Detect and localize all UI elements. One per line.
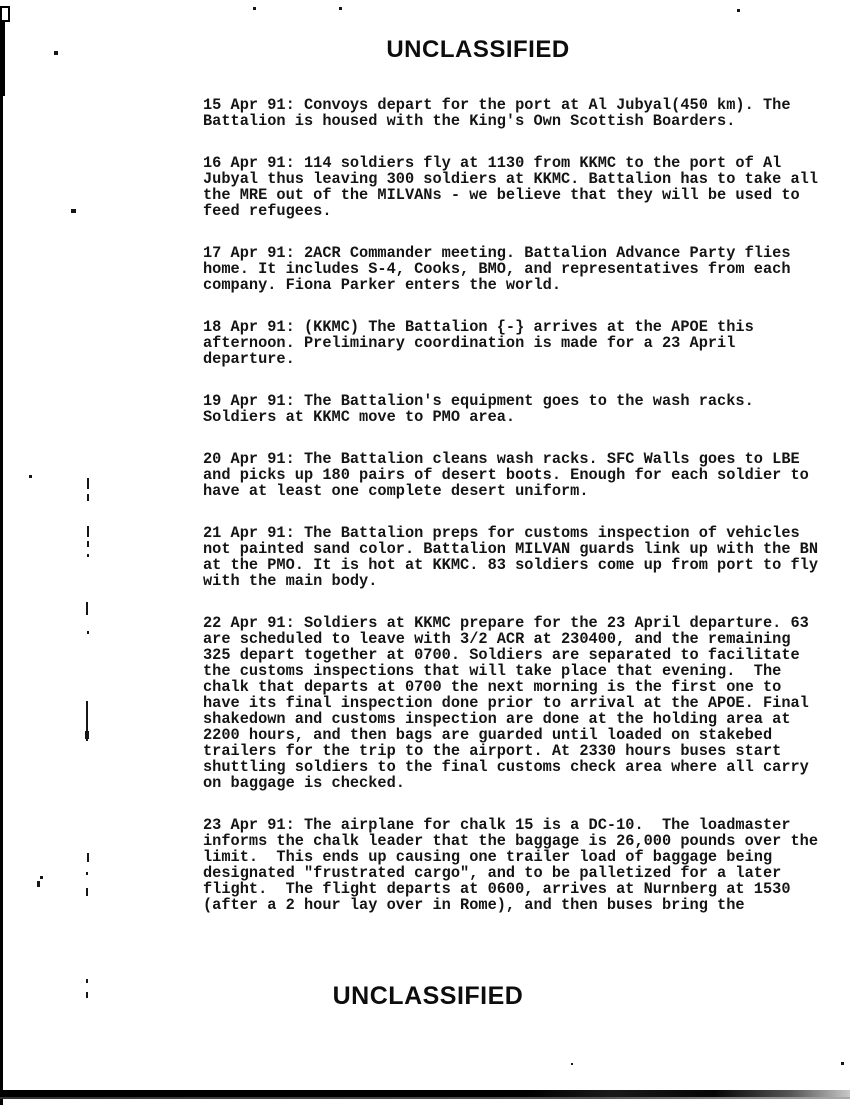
scan-artifact xyxy=(87,853,89,862)
scan-artifact xyxy=(841,1062,844,1065)
scan-artifact xyxy=(87,494,89,501)
scan-artifact xyxy=(339,7,342,10)
scan-artifact xyxy=(87,478,89,489)
document-body: 15 Apr 91: Convoys depart for the port a… xyxy=(203,97,818,939)
scan-artifact xyxy=(87,631,89,634)
scan-artifact xyxy=(87,554,89,557)
scan-artifact xyxy=(253,7,256,10)
classification-banner-bottom: UNCLASSIFIED xyxy=(333,982,524,1011)
scan-artifact xyxy=(40,876,43,879)
scan-artifact xyxy=(86,979,88,983)
log-entry-17-apr: 17 Apr 91: 2ACR Commander meeting. Batta… xyxy=(203,245,818,293)
scan-artifact xyxy=(737,9,740,12)
scan-artifact xyxy=(37,881,40,887)
log-entry-15-apr: 15 Apr 91: Convoys depart for the port a… xyxy=(203,97,818,129)
scan-artifact xyxy=(71,209,76,213)
scan-edge-bottom xyxy=(0,1090,850,1097)
log-entry-21-apr: 21 Apr 91: The Battalion preps for custo… xyxy=(203,525,818,589)
log-entry-20-apr: 20 Apr 91: The Battalion cleans wash rac… xyxy=(203,451,818,499)
scanned-document-page: UNCLASSIFIED UNCLASSIFIED 15 Apr 91: Con… xyxy=(0,0,850,1105)
scan-artifact xyxy=(87,526,89,537)
scan-edge-bottom-shadow xyxy=(0,1097,850,1099)
scan-artifact xyxy=(87,541,89,547)
log-entry-18-apr: 18 Apr 91: (KKMC) The Battalion {-} arri… xyxy=(203,319,818,367)
scan-artifact xyxy=(86,602,88,615)
log-entry-16-apr: 16 Apr 91: 114 soldiers fly at 1130 from… xyxy=(203,155,818,219)
classification-banner-top: UNCLASSIFIED xyxy=(386,36,569,64)
scan-artifact xyxy=(86,992,88,998)
scan-corner-notch xyxy=(0,6,10,22)
scan-artifact xyxy=(54,51,58,55)
log-entry-23-apr: 23 Apr 91: The airplane for chalk 15 is … xyxy=(203,817,818,913)
scan-artifact xyxy=(29,475,32,478)
log-entry-22-apr: 22 Apr 91: Soldiers at KKMC prepare for … xyxy=(203,615,818,791)
scan-artifact xyxy=(571,1063,573,1065)
log-entry-19-apr: 19 Apr 91: The Battalion's equipment goe… xyxy=(203,393,818,425)
scan-artifact xyxy=(85,731,89,739)
scan-artifact xyxy=(86,888,88,896)
scan-edge-left xyxy=(0,6,3,1105)
scan-artifact xyxy=(86,872,88,875)
